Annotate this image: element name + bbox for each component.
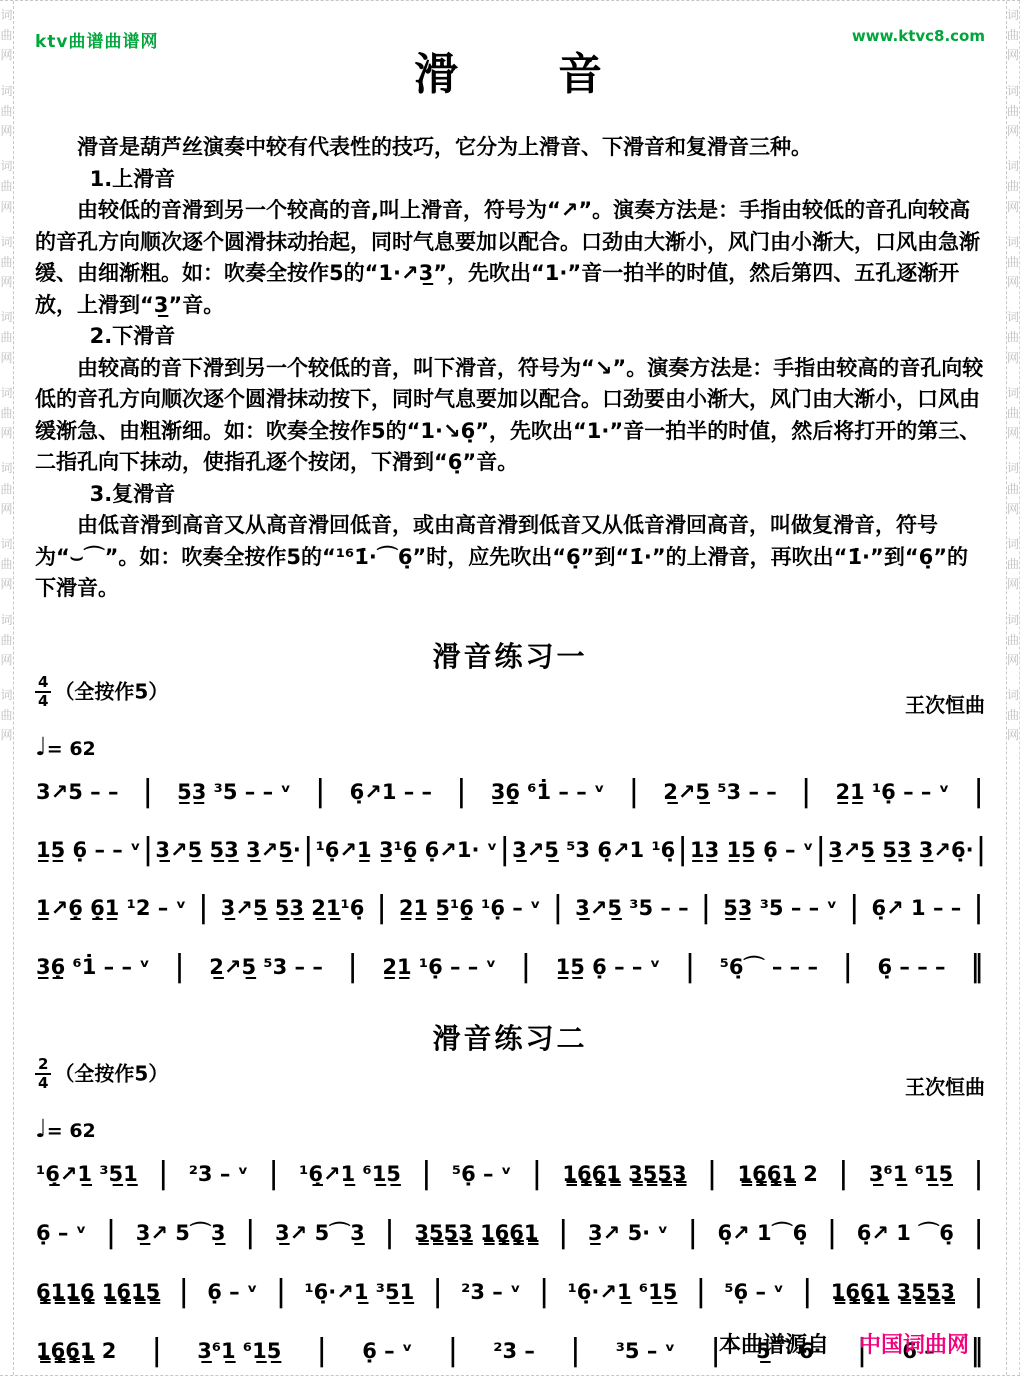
watermark-char: 词 — [1007, 85, 1019, 98]
watermark-char: 词 — [1007, 160, 1019, 173]
watermark-text: 词曲网 — [1007, 9, 1019, 63]
measure: 2̲↗5̲ ⁵3 – – — [662, 780, 778, 804]
watermark-char: 曲 — [1007, 483, 1019, 496]
measure: 3̲↗ 5⌒3̲ — [274, 1217, 366, 1247]
watermark-char: 网 — [1007, 503, 1019, 516]
measure: 1̲↗6̣̲ 6̣̲1̲ ¹2 – ᵛ — [35, 896, 187, 920]
meter-and-key: 44（全按作5） — [35, 675, 168, 711]
barline: | — [972, 1273, 985, 1308]
watermark-char: 曲 — [0, 331, 12, 344]
footer-brand-link[interactable]: 中国词曲网 — [859, 1333, 969, 1358]
watermark-char: 词 — [0, 85, 12, 98]
watermark-char: 曲 — [0, 407, 12, 420]
watermark-char: 曲 — [0, 483, 12, 496]
watermark-char: 网 — [0, 201, 12, 214]
watermark-char: 词 — [1007, 689, 1019, 702]
measure: 6̣↗ 1 ⌒6̣ — [856, 1217, 955, 1247]
barline: | — [801, 1273, 814, 1308]
barline: | — [530, 1155, 543, 1190]
measure: 6̣ – – – — [876, 955, 946, 979]
watermark-text: 词曲网 — [0, 689, 12, 743]
music-system: 3↗5 – –|5̲3̲ ³5 – – ᵛ|6̣↗1 – –|3̲6̣̲ ⁶1̇… — [35, 777, 985, 981]
watermark-char: 词 — [0, 689, 12, 702]
barline: | — [694, 1273, 707, 1308]
barline: | — [105, 1214, 118, 1249]
final-barline: ‖ — [969, 1332, 985, 1367]
watermark-char: 词 — [0, 311, 12, 324]
watermark-char: 曲 — [1007, 634, 1019, 647]
measure: ⁵6̣ – ᵛ — [451, 1162, 512, 1186]
watermark-char: 词 — [1007, 462, 1019, 475]
measure: 3̳5̳5̳3̳ 1̳6̣̳6̣̳1̳ — [413, 1221, 539, 1245]
exercise-meta: 24（全按作5）王次恒曲 — [35, 1057, 985, 1100]
barline: | — [848, 889, 861, 924]
measure: 3̲↗5̲ 5̲3̲ 3̲↗6̣· — [827, 838, 974, 862]
measure: 1̲3̲ 1̲5̲ 6̣ – ᵛ — [689, 838, 814, 862]
watermark-text: 词曲网 — [1007, 160, 1019, 214]
music-line: 3̲6̣̲ ⁶1̇ – – ᵛ|2̲↗5̲ ⁵3 – –|2̲1̲ ¹6̣ – … — [35, 951, 985, 981]
measure: ²3 – ᵛ — [460, 1280, 521, 1304]
watermark-text: 词曲网 — [0, 311, 12, 365]
barline: | — [684, 948, 697, 983]
watermark-text: 词曲网 — [1007, 236, 1019, 290]
measure: 6̣ – ᵛ — [206, 1280, 258, 1304]
measure: 6̣↗ 1 – – — [871, 896, 963, 920]
measure: 2̲1̲ ¹6̣ – – ᵛ — [834, 780, 950, 804]
watermark-text: 词曲网 — [0, 462, 12, 516]
watermark-char: 词 — [1007, 9, 1019, 22]
barline: | — [142, 831, 155, 866]
key-label: （全按作5） — [54, 679, 168, 703]
watermark-char: 词 — [0, 387, 12, 400]
intro-paragraph: 滑音是葫芦丝演奏中较有代表性的技巧，它分为上滑音、下滑音和复滑音三种。 — [35, 132, 985, 164]
watermark-char: 曲 — [0, 256, 12, 269]
measure: 3̲6̣̲ ⁶1̇ – – ᵛ — [490, 780, 606, 804]
watermark-text: 词曲网 — [1007, 538, 1019, 592]
watermark-char: 曲 — [0, 180, 12, 193]
measure: 3̲↗ 5· ᵛ — [587, 1221, 669, 1245]
watermark-char: 曲 — [1007, 407, 1019, 420]
watermark-char: 词 — [0, 462, 12, 475]
barline: | — [538, 1273, 551, 1308]
watermark-char: 曲 — [0, 709, 12, 722]
footer-source-label: 本曲谱源自 — [719, 1333, 829, 1358]
watermark-char: 网 — [0, 578, 12, 591]
composer-credit: 王次恒曲 — [905, 1057, 985, 1100]
measure: 1̳6̣̳6̣̳1̳ 2 — [35, 1339, 117, 1363]
measure: ¹6̣̲↗1̲ ³5̲1̲ — [35, 1162, 139, 1186]
music-line: 6̣̳1̳1̳6̣̳ 1̳6̣̳1̳5̳|6̣ – ᵛ|¹6̣·↗1̲ ³5̲1… — [35, 1277, 985, 1305]
barline: | — [177, 1273, 190, 1308]
measure: 3̲⁶1̲ ⁶1̲5̲ — [196, 1339, 282, 1363]
measure: 6̣↗1 – – — [349, 780, 433, 804]
measure: 3̲↗5̲ ³5 – – — [574, 896, 690, 920]
exercises: 滑音练习一44（全按作5）王次恒曲♩= 623↗5 – –|5̲3̲ ³5 – … — [35, 635, 985, 1365]
barline: | — [346, 948, 359, 983]
music-line: 6̣ – ᵛ|3̲↗ 5⌒3̲|3̲↗ 5⌒3̲|3̳5̳5̳3̳ 1̳6̣̳6… — [35, 1217, 985, 1247]
watermark-text: 词曲网 — [0, 538, 12, 592]
watermark-char: 网 — [1007, 578, 1019, 591]
watermark-char: 曲 — [0, 29, 12, 42]
barline: | — [972, 773, 985, 808]
measure: 6̣ – ᵛ — [361, 1339, 413, 1363]
barline: | — [972, 1155, 985, 1190]
barline: | — [375, 889, 388, 924]
watermark-char: 网 — [1007, 352, 1019, 365]
meter-and-key: 24（全按作5） — [35, 1057, 168, 1093]
watermark-char: 网 — [0, 49, 12, 62]
barline: | — [676, 831, 689, 866]
quarter-note-icon: ♩ — [35, 1114, 47, 1143]
measure: 2̲1̲ 5̲¹6̣̲ ¹6̣ – ᵛ — [398, 896, 542, 920]
site-url-link[interactable]: www.ktvc8.com — [852, 27, 985, 45]
barline: | — [569, 1332, 582, 1367]
measure: 3̲6̣̲ ⁶1̇ – – ᵛ — [35, 955, 151, 979]
measure: 1̲5̲ 6̣ – – ᵛ — [555, 955, 662, 979]
section-body: 由较低的音滑到另一个较高的音,叫上滑音，符号为“↗”。演奏方法是：手指由较低的音… — [35, 195, 985, 321]
watermark-char: 词 — [1007, 614, 1019, 627]
measure: 5̲3̲ ³5 – – ᵛ — [176, 780, 292, 804]
barline: | — [826, 1214, 839, 1249]
watermark-char: 曲 — [1007, 180, 1019, 193]
measure: 3̲⁶1̲ ⁶1̲5̲ — [868, 1162, 954, 1186]
watermark-char: 词 — [1007, 236, 1019, 249]
barline: | — [315, 1332, 328, 1367]
watermark-char: 网 — [1007, 276, 1019, 289]
tempo-marking: ♩= 62 — [35, 732, 985, 761]
time-signature: 24 — [35, 1057, 51, 1093]
left-watermark-column: 词曲网词曲网词曲网词曲网词曲网词曲网词曲网词曲网词曲网词曲网 — [0, 1, 14, 1375]
barline: | — [972, 1214, 985, 1249]
meter-top: 4 — [35, 675, 51, 694]
watermark-char: 词 — [0, 538, 12, 551]
barline: | — [275, 1273, 288, 1308]
watermark-char: 网 — [0, 503, 12, 516]
barline: | — [686, 1214, 699, 1249]
exercise-title: 滑音练习一 — [35, 635, 985, 675]
exercise-block: 滑音练习二24（全按作5）王次恒曲♩= 62¹6̣̲↗1̲ ³5̲1̲|²3 –… — [35, 1017, 985, 1365]
site-logo-link[interactable]: ktv曲谱曲谱网 — [35, 27, 159, 52]
watermark-text: 词曲网 — [0, 85, 12, 139]
watermark-text: 词曲网 — [0, 236, 12, 290]
section-body: 由低音滑到高音又从高音滑回低音，或由高音滑到低音又从低音滑回高音，叫做复滑音，符… — [35, 510, 985, 605]
footer: 本曲谱源自中国词曲网 — [719, 1328, 969, 1359]
measure: ²3 – ᵛ — [188, 1162, 249, 1186]
section-heading: 3.复滑音 — [35, 479, 985, 511]
time-signature: 44 — [35, 675, 51, 711]
barline: | — [446, 1332, 459, 1367]
barline: | — [837, 1155, 850, 1190]
measure: 5̲3̲ ³5 – – ᵛ — [722, 896, 838, 920]
barline: | — [841, 948, 854, 983]
barline: | — [244, 1214, 257, 1249]
barline: | — [455, 773, 468, 808]
barline: | — [302, 831, 315, 866]
watermark-char: 曲 — [1007, 105, 1019, 118]
barline: | — [557, 1214, 570, 1249]
barline: | — [800, 773, 813, 808]
watermark-char: 曲 — [1007, 331, 1019, 344]
measure: 6̣̳1̳1̳6̣̳ 1̳6̣̳1̳5̳ — [35, 1280, 161, 1304]
barline: | — [157, 1155, 170, 1190]
barline: | — [150, 1332, 163, 1367]
measure: ¹6̣·↗1̲ ³5̲1̲ — [303, 1280, 415, 1304]
score-page: 词曲网词曲网词曲网词曲网词曲网词曲网词曲网词曲网词曲网词曲网 词曲网词曲网词曲网… — [0, 0, 1020, 1376]
page-title: 滑 音 — [35, 38, 985, 102]
watermark-char: 词 — [1007, 538, 1019, 551]
measure: 2̲1̲ ¹6̣ – – ᵛ — [381, 955, 497, 979]
barline: | — [628, 773, 641, 808]
key-label: （全按作5） — [54, 1061, 168, 1085]
section-heading: 1.上滑音 — [35, 164, 985, 196]
measure: ¹6̣·↗1̲ ⁶1̲5̲ — [567, 1280, 679, 1304]
watermark-text: 词曲网 — [1007, 689, 1019, 743]
page-content: ktv曲谱曲谱网 www.ktvc8.com 滑 音 滑音是葫芦丝演奏中较有代表… — [15, 1, 1005, 1375]
watermark-char: 网 — [0, 654, 12, 667]
measure: ¹6̣̲↗1̲ ⁶1̲5̲ — [298, 1162, 402, 1186]
watermark-text: 词曲网 — [1007, 85, 1019, 139]
instruction-text: 滑音是葫芦丝演奏中较有代表性的技巧，它分为上滑音、下滑音和复滑音三种。 1.上滑… — [35, 132, 985, 605]
measure: 1̲5̲ 6̣ – – ᵛ — [35, 838, 142, 862]
section-body: 由较高的音下滑到另一个较低的音，叫下滑音，符号为“↘”。演奏方法是：手指由较高的… — [35, 353, 985, 479]
technique-sections: 1.上滑音由较低的音滑到另一个较高的音,叫上滑音，符号为“↗”。演奏方法是：手指… — [35, 164, 985, 605]
barline: | — [173, 948, 186, 983]
music-line: ¹6̣̲↗1̲ ³5̲1̲|²3 – ᵛ|¹6̣̲↗1̲ ⁶1̲5̲|⁵6̣ –… — [35, 1159, 985, 1187]
watermark-text: 词曲网 — [1007, 387, 1019, 441]
measure: 3↗5 – – — [35, 780, 119, 804]
watermark-text: 词曲网 — [0, 387, 12, 441]
watermark-char: 词 — [0, 614, 12, 627]
barline: | — [431, 1273, 444, 1308]
watermark-char: 网 — [1007, 49, 1019, 62]
measure: 6̣↗ 1⌒6̣ — [717, 1217, 809, 1247]
watermark-char: 曲 — [0, 558, 12, 571]
barline: | — [706, 1155, 719, 1190]
watermark-char: 词 — [0, 9, 12, 22]
watermark-char: 网 — [0, 125, 12, 138]
measure: ²3 – — [492, 1339, 536, 1363]
watermark-char: 词 — [0, 236, 12, 249]
watermark-char: 网 — [1007, 201, 1019, 214]
music-line: 1̲5̲ 6̣ – – ᵛ|3̲↗5̲ 5̲3̲ 3̲↗5̲·|¹6̣↗1̲ 3… — [35, 835, 985, 863]
barline: | — [551, 889, 564, 924]
watermark-char: 网 — [0, 427, 12, 440]
barline: | — [420, 1155, 433, 1190]
watermark-char: 曲 — [1007, 709, 1019, 722]
watermark-char: 网 — [0, 276, 12, 289]
barline: | — [520, 948, 533, 983]
watermark-text: 词曲网 — [1007, 614, 1019, 668]
watermark-char: 曲 — [1007, 29, 1019, 42]
measure: ⁵6̣ – ᵛ — [723, 1280, 784, 1304]
final-barline: ‖ — [969, 948, 985, 983]
meter-top: 2 — [35, 1057, 51, 1076]
quarter-note-icon: ♩ — [35, 732, 47, 761]
watermark-char: 网 — [1007, 125, 1019, 138]
watermark-char: 词 — [1007, 387, 1019, 400]
watermark-char: 网 — [0, 352, 12, 365]
right-watermark-column: 词曲网词曲网词曲网词曲网词曲网词曲网词曲网词曲网词曲网词曲网 — [1006, 1, 1020, 1375]
measure: 1̳6̣̳6̣̳1̳ 3̳5̳5̳3̳ — [830, 1280, 956, 1304]
watermark-text: 词曲网 — [0, 160, 12, 214]
barline: | — [975, 831, 988, 866]
measure: 3̲↗5̲ ⁵3 6̣↗1 ¹6̣ — [511, 838, 676, 862]
barline: | — [197, 889, 210, 924]
watermark-text: 词曲网 — [0, 614, 12, 668]
measure: 1̳6̣̳6̣̳1̳ 2 — [737, 1162, 819, 1186]
music-line: 1̲↗6̣̲ 6̣̲1̲ ¹2 – ᵛ|3̲↗5̲ 5̲3̲ 2̲1̲¹6̣|2… — [35, 893, 985, 921]
barline: | — [700, 889, 713, 924]
barline: | — [498, 831, 511, 866]
measure: 1̳6̣̳6̣̳1̳ 3̳5̳5̳3̳ — [561, 1162, 687, 1186]
barline: | — [314, 773, 327, 808]
barline: | — [972, 889, 985, 924]
watermark-char: 曲 — [0, 105, 12, 118]
watermark-text: 词曲网 — [1007, 311, 1019, 365]
composer-credit: 王次恒曲 — [905, 675, 985, 718]
meter-bottom: 4 — [38, 693, 48, 710]
barline: | — [267, 1155, 280, 1190]
measure: 6̣ – ᵛ — [35, 1221, 87, 1245]
exercise-block: 滑音练习一44（全按作5）王次恒曲♩= 623↗5 – –|5̲3̲ ³5 – … — [35, 635, 985, 981]
tempo-marking: ♩= 62 — [35, 1114, 985, 1143]
barline: | — [383, 1214, 396, 1249]
section-heading: 2.下滑音 — [35, 321, 985, 353]
exercise-title: 滑音练习二 — [35, 1017, 985, 1057]
watermark-char: 曲 — [0, 634, 12, 647]
watermark-char: 网 — [1007, 729, 1019, 742]
barline: | — [814, 831, 827, 866]
measure: 2̲↗5̲ ⁵3 – – — [208, 955, 324, 979]
watermark-char: 词 — [0, 160, 12, 173]
watermark-text: 词曲网 — [1007, 462, 1019, 516]
measure: 3̲↗5̲ 5̲3̲ 3̲↗5̲· — [154, 838, 301, 862]
measure: ¹6̣↗1̲ 3̲¹6̣̲ 6̣↗1· ᵛ — [315, 838, 499, 862]
watermark-char: 网 — [1007, 654, 1019, 667]
measure: ³5 – ᵛ — [615, 1339, 676, 1363]
meter-bottom: 4 — [38, 1075, 48, 1092]
measure: 3̲↗5̲ 5̲3̲ 2̲1̲¹6̣ — [220, 896, 366, 920]
watermark-char: 曲 — [1007, 256, 1019, 269]
watermark-char: 词 — [1007, 311, 1019, 324]
watermark-char: 曲 — [1007, 558, 1019, 571]
watermark-text: 词曲网 — [0, 9, 12, 63]
watermark-char: 网 — [0, 729, 12, 742]
watermark-char: 网 — [1007, 427, 1019, 440]
exercise-meta: 44（全按作5）王次恒曲 — [35, 675, 985, 718]
barline: | — [141, 773, 154, 808]
measure: 3̲↗ 5⌒3̲ — [135, 1217, 227, 1247]
measure: ⁵6̣⌒ – – – — [719, 951, 819, 981]
music-line: 3↗5 – –|5̲3̲ ³5 – – ᵛ|6̣↗1 – –|3̲6̣̲ ⁶1̇… — [35, 777, 985, 805]
